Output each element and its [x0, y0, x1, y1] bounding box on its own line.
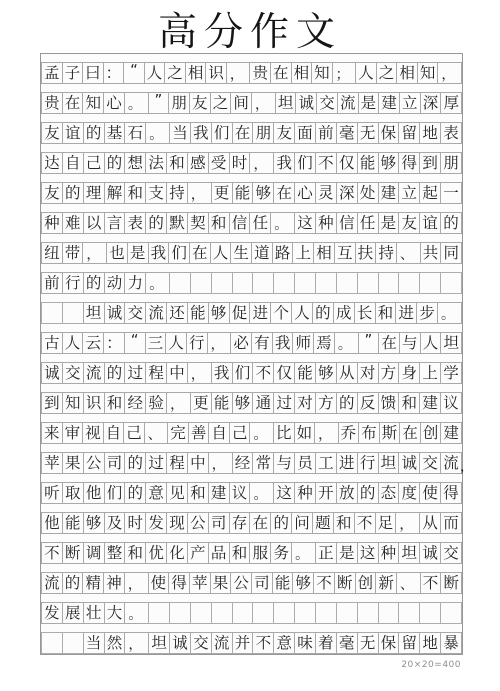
grid-cell: 诚: [169, 632, 191, 654]
grid-cell: 、: [144, 422, 169, 444]
grid-cell: 纽: [41, 242, 63, 264]
grid-cell: 果: [210, 572, 232, 594]
grid-cell: 和: [124, 182, 146, 204]
grid-cell: ，: [187, 362, 212, 384]
grid-cell: 的: [104, 362, 126, 384]
grid-cell: 的: [312, 302, 334, 324]
grid-cell: 动: [104, 272, 126, 294]
grid-cell: ：: [103, 332, 125, 354]
grid-cell: 和: [375, 302, 397, 324]
grid-cell: 诚: [419, 542, 441, 564]
row-spacer: [41, 294, 462, 302]
grid-row: 达自己的想法和感受时，我们不仅能够得到朋: [41, 152, 462, 174]
grid-cell: 带: [62, 242, 84, 264]
grid-cell: 默: [166, 212, 188, 234]
grid-cell: 表: [440, 122, 462, 144]
grid-cell: 员: [294, 452, 316, 474]
grid-cell: 精: [82, 572, 104, 594]
grid-cell: 议: [229, 482, 251, 504]
grid-cell: 们: [211, 122, 233, 144]
grid-cell: ；: [332, 62, 357, 84]
grid-cell: 建: [378, 182, 400, 204]
grid-cell: 视: [82, 422, 104, 444]
grid-cell: 子: [62, 62, 84, 84]
grid-cell: 他: [83, 482, 105, 504]
grid-cell: 当: [169, 122, 191, 144]
row-spacer: [41, 384, 462, 392]
grid-cell: 诚: [104, 302, 126, 324]
grid-cell: 能: [187, 302, 209, 324]
grid-cell: [419, 602, 441, 624]
grid-cell: 的: [83, 272, 105, 294]
grid-cell: 、: [396, 242, 421, 264]
grid-cell: 。: [124, 92, 149, 114]
grid-cell: 流: [337, 92, 359, 114]
grid-cell: 人: [291, 302, 313, 324]
grid-cell: 达: [41, 152, 63, 174]
grid-cell: 审: [62, 422, 84, 444]
grid-cell: 开: [315, 482, 337, 504]
grid-cell: 种: [378, 542, 400, 564]
grid-cell: 交: [316, 92, 338, 114]
grid-cell: 焉: [313, 332, 335, 354]
grid-cell: 朋: [252, 122, 274, 144]
grid-cell: 上: [292, 242, 314, 264]
grid-cell: 立: [399, 92, 421, 114]
grid-cell: 个: [270, 302, 292, 324]
grid-cell: 心: [103, 92, 125, 114]
grid-cell: 正: [315, 542, 337, 564]
grid-cell: 友: [273, 122, 295, 144]
grid-cell: ，: [314, 422, 339, 444]
grid-cell: 而: [440, 512, 462, 534]
grid-cell: 信: [229, 212, 251, 234]
grid-cell: 之: [164, 62, 186, 84]
grid-cell: 处: [357, 182, 379, 204]
grid-cell: 创: [420, 422, 442, 444]
grid-cell: 调: [83, 542, 105, 564]
grid-cell: 流: [83, 362, 105, 384]
grid-cell: 我: [273, 152, 295, 174]
grid-row: 流的精神，使得苹果公司能够不断创新、不断: [41, 572, 462, 594]
grid-cell: 知: [62, 392, 84, 414]
grid-cell: 立: [398, 182, 420, 204]
grid-cell: 任: [249, 212, 271, 234]
grid-cell: 曰: [82, 62, 104, 84]
grid-cell: 上: [419, 362, 441, 384]
grid-cell: 。: [145, 272, 170, 294]
grid-cell: 相: [291, 62, 313, 84]
grid-cell: [232, 602, 254, 624]
grid-cell: 解: [104, 182, 126, 204]
grid-cell: 自: [62, 152, 84, 174]
grid-cell: 我: [211, 362, 233, 384]
row-spacer: [41, 144, 462, 152]
grid-cell: 的: [62, 572, 84, 594]
grid-cell: 步: [416, 302, 438, 324]
grid-cell: 够: [378, 152, 400, 174]
grid-cell: 建: [440, 422, 462, 444]
grid-row: 坦诚交流还能够促进个人的成长和进步。: [41, 302, 462, 324]
grid-cell: 种: [294, 482, 316, 504]
grid-cell: 我: [148, 242, 170, 264]
grid-cell: 古: [41, 332, 63, 354]
grid-cell: 得: [440, 482, 462, 504]
grid-cell: 毫: [336, 632, 358, 654]
grid-cell: 扶: [355, 242, 377, 264]
grid-cell: 自: [208, 422, 230, 444]
grid-cell: 人: [210, 242, 232, 264]
grid-cell: 流: [41, 572, 63, 594]
grid-cell: 学: [440, 362, 462, 384]
grid-cell: 谊: [62, 122, 84, 144]
row-spacer: [41, 114, 462, 122]
row-spacer: [41, 414, 462, 422]
grid-cell: [336, 602, 358, 624]
row-spacer: [41, 264, 462, 272]
grid-cell: 够: [252, 182, 274, 204]
grid-cell: 优: [145, 542, 167, 564]
grid-cell: 这: [294, 212, 316, 234]
grid-cell: 坦: [148, 632, 170, 654]
composition-grid: 孟子曰：“人之相识，贵在相知；人之相知，贵在知心。”朋友之间，坦诚交流是建立深厚…: [40, 53, 463, 655]
grid-cell: 。: [249, 482, 274, 504]
grid-cell: ”: [148, 92, 170, 114]
grid-cell: 能: [62, 512, 84, 534]
grid-row: 苹果公司的过程中，经常与员工进行坦诚交流，: [41, 452, 462, 474]
grid-cell: [273, 272, 295, 294]
grid-cell: 馈: [378, 392, 400, 414]
grid-cell: [294, 272, 316, 294]
grid-row: 种难以言表的默契和信任。这种信任是友谊的: [41, 212, 462, 234]
grid-cell: 苹: [41, 452, 63, 474]
grid-cell: 常: [252, 452, 274, 474]
grid-cell: [211, 602, 233, 624]
grid-cell: 的: [62, 182, 84, 204]
grid-cell: 友: [41, 122, 63, 144]
grid-cell: 人: [355, 62, 377, 84]
grid-cell: 心: [294, 182, 316, 204]
grid-cell: 对: [357, 362, 379, 384]
grid-cell: 听: [41, 482, 63, 504]
grid-cell: 友: [189, 92, 211, 114]
grid-cell: 之: [376, 62, 398, 84]
grid-cell: ，: [82, 242, 107, 264]
grid-cell: 理: [83, 182, 105, 204]
grid-cell: 不: [315, 152, 337, 174]
grid-cell: 法: [145, 152, 167, 174]
grid-cell: 公: [230, 572, 252, 594]
grid-cell: 善: [188, 422, 210, 444]
grid-cell: 人: [62, 332, 84, 354]
grid-cell: 师: [292, 332, 314, 354]
grid-cell: 见: [166, 482, 188, 504]
grid-cell: 石: [124, 122, 146, 144]
grid-cell: 人: [420, 332, 442, 354]
grid-cell: 现: [166, 512, 188, 534]
row-spacer: [41, 444, 462, 452]
grid-cell: 过: [145, 452, 167, 474]
grid-cell: 断: [62, 542, 84, 564]
grid-cell: 产: [187, 542, 209, 564]
grid-cell: 起: [419, 182, 441, 204]
grid-cell: 厚: [440, 92, 462, 114]
grid-cell: [169, 272, 191, 294]
grid-cell: 朋: [440, 152, 462, 174]
grid-cell: 自: [103, 422, 125, 444]
grid-cell: 在: [62, 92, 84, 114]
grid-cell: 程: [145, 362, 167, 384]
grid-cell: 有: [251, 332, 273, 354]
grid-cell: 暴: [440, 632, 462, 654]
grid-cell: 难: [62, 212, 84, 234]
grid-row: 友的理解和支持，更能够在心灵深处建立起一: [41, 182, 462, 204]
grid-cell: 毫: [336, 122, 358, 144]
grid-cell: 仅: [273, 362, 295, 384]
row-spacer: [41, 174, 462, 182]
grid-cell: 和: [229, 542, 251, 564]
grid-cell: 能: [211, 392, 233, 414]
row-spacer: [41, 234, 462, 242]
grid-cell: 建: [419, 392, 441, 414]
grid-cell: 和: [187, 482, 209, 504]
grid-cell: 果: [62, 452, 84, 474]
grid-cell: ，: [395, 512, 420, 534]
grid-row: 纽带，也是我们在人生道路上相互扶持、共同: [41, 242, 462, 264]
grid-cell: 建: [378, 92, 400, 114]
grid-cell: 共: [420, 242, 442, 264]
grid-cell: 司: [208, 512, 230, 534]
grid-cell: 的: [145, 212, 167, 234]
grid-cell: 进: [249, 302, 271, 324]
row-spacer: [41, 54, 462, 62]
grid-cell: 地: [419, 632, 441, 654]
grid-cell: 乔: [338, 422, 360, 444]
grid-cell: 意: [145, 482, 167, 504]
grid-cell: ”: [358, 332, 380, 354]
grid-cell: [211, 272, 233, 294]
grid-cell: 务: [270, 542, 292, 564]
grid-cell: 方: [378, 362, 400, 384]
grid-cell: 诚: [41, 362, 63, 384]
grid-cell: 如: [294, 422, 316, 444]
grid-cell: 种: [41, 212, 63, 234]
grid-cell: [41, 632, 63, 654]
grid-cell: 前: [41, 272, 63, 294]
row-spacer: [41, 534, 462, 542]
grid-cell: 着: [315, 632, 337, 654]
grid-cell: 路: [272, 242, 294, 264]
grid-cell: 信: [336, 212, 358, 234]
grid-cell: 坦: [378, 452, 400, 474]
grid-cell: 得: [168, 572, 190, 594]
grid-cell: 谊: [419, 212, 441, 234]
grid-cell: 促: [229, 302, 251, 324]
grid-cell: 生: [230, 242, 252, 264]
grid-cell: 工: [315, 452, 337, 474]
grid-cell: 中: [187, 452, 209, 474]
grid-cell: 。: [270, 212, 295, 234]
sheet-spec-note: 20×20=400: [401, 660, 461, 670]
grid-cell: 验: [145, 392, 167, 414]
grid-cell: 和: [398, 392, 420, 414]
grid-cell: 契: [187, 212, 209, 234]
grid-cell: 力: [124, 272, 146, 294]
grid-cell: 的: [440, 212, 462, 234]
grid-cell: 比: [273, 422, 295, 444]
grid-cell: 交: [62, 362, 84, 384]
grid-cell: 和: [104, 392, 126, 414]
grid-cell: [378, 272, 400, 294]
grid-cell: 和: [333, 512, 355, 534]
grid-cell: 取: [62, 482, 84, 504]
grid-cell: 发: [41, 602, 63, 624]
grid-cell: 面: [294, 122, 316, 144]
grid-cell: 的: [336, 392, 358, 414]
grid-cell: 和: [208, 212, 230, 234]
grid-cell: 必: [230, 332, 252, 354]
overflow-punctuation: ，: [460, 460, 474, 474]
grid-cell: 感: [187, 152, 209, 174]
grid-cell: 知: [82, 92, 104, 114]
grid-cell: ，: [124, 632, 149, 654]
grid-cell: 交: [419, 452, 441, 474]
grid-cell: 们: [104, 482, 126, 504]
grid-row: 发展壮大。: [41, 602, 462, 624]
grid-row: 来审视自己、完善自己。比如，乔布斯在创建: [41, 422, 462, 444]
grid-cell: [357, 272, 379, 294]
grid-cell: 足: [375, 512, 397, 534]
grid-cell: 友: [398, 212, 420, 234]
grid-cell: 深: [336, 182, 358, 204]
grid-cell: 能: [294, 362, 316, 384]
grid-cell: 这: [273, 482, 295, 504]
grid-cell: 我: [272, 332, 294, 354]
grid-cell: 公: [83, 452, 105, 474]
grid-cell: 朋: [168, 92, 190, 114]
grid-cell: [419, 272, 441, 294]
grid-cell: 方: [315, 392, 337, 414]
grid-cell: 味: [294, 632, 316, 654]
grid-cell: 与: [399, 332, 421, 354]
grid-cell: 与: [273, 452, 295, 474]
row-spacer: [41, 84, 462, 92]
grid-cell: 坦: [440, 332, 462, 354]
grid-cell: 斯: [379, 422, 401, 444]
grid-cell: 新: [375, 572, 397, 594]
grid-cell: 相: [185, 62, 207, 84]
grid-cell: 经: [232, 452, 254, 474]
grid-cell: [273, 602, 295, 624]
grid-cell: [169, 602, 191, 624]
grid-cell: 成: [333, 302, 355, 324]
grid-cell: 我: [190, 122, 212, 144]
grid-cell: [398, 272, 420, 294]
grid-cell: 己: [123, 422, 145, 444]
grid-cell: [148, 602, 170, 624]
grid-cell: 在: [270, 62, 292, 84]
grid-cell: 还: [166, 302, 188, 324]
grid-cell: ，: [226, 62, 251, 84]
grid-cell: 行: [186, 332, 208, 354]
grid-cell: [252, 272, 274, 294]
grid-cell: 苹: [189, 572, 211, 594]
grid-cell: 过: [273, 392, 295, 414]
grid-cell: 能: [357, 152, 379, 174]
grid-cell: 云: [82, 332, 104, 354]
grid-cell: “: [124, 332, 146, 354]
grid-cell: 进: [336, 452, 358, 474]
grid-cell: 经: [124, 392, 146, 414]
grid-cell: 司: [104, 452, 126, 474]
grid-cell: 灵: [315, 182, 337, 204]
grid-cell: 留: [398, 632, 420, 654]
grid-cell: [398, 602, 420, 624]
grid-cell: 当: [83, 632, 105, 654]
grid-cell: 题: [312, 512, 334, 534]
grid-cell: 己: [229, 422, 251, 444]
grid-cell: 。: [334, 332, 359, 354]
grid-cell: 能: [272, 572, 294, 594]
grid-cell: 身: [398, 362, 420, 384]
grid-cell: 品: [208, 542, 230, 564]
grid-cell: 服: [249, 542, 271, 564]
grid-cell: 够: [208, 302, 230, 324]
grid-cell: 然: [104, 632, 126, 654]
grid-cell: 在: [378, 332, 400, 354]
grid-cell: 一: [440, 182, 462, 204]
grid-cell: 。: [249, 422, 274, 444]
row-spacer: [41, 324, 462, 332]
grid-cell: 到: [41, 392, 63, 414]
grid-cell: 是: [358, 92, 380, 114]
grid-cell: 不: [354, 512, 376, 534]
row-spacer: [41, 504, 462, 512]
grid-cell: ，: [208, 452, 233, 474]
grid-cell: 存: [229, 512, 251, 534]
grid-cell: 通: [252, 392, 274, 414]
grid-cell: 是: [378, 212, 400, 234]
grid-cell: 壮: [83, 602, 105, 624]
grid-cell: 程: [166, 452, 188, 474]
grid-cell: 不: [313, 572, 335, 594]
grid-cell: 够: [292, 572, 314, 594]
grid-cell: 。: [291, 542, 316, 564]
grid-cell: 创: [355, 572, 377, 594]
grid-cell: 留: [398, 122, 420, 144]
grid-cell: 度: [398, 482, 420, 504]
grid-cell: 流: [211, 632, 233, 654]
grid-cell: 够: [83, 512, 105, 534]
grid-cell: 能: [232, 182, 254, 204]
grid-cell: 议: [440, 392, 462, 414]
grid-cell: 使: [148, 572, 170, 594]
grid-cell: 无: [357, 632, 379, 654]
grid-cell: 公: [187, 512, 209, 534]
grid-cell: 交: [190, 632, 212, 654]
grid-cell: 从: [419, 512, 441, 534]
grid-cell: 到: [419, 152, 441, 174]
grid-cell: 的: [124, 482, 146, 504]
grid-cell: 的: [270, 512, 292, 534]
grid-cell: 和: [124, 542, 146, 564]
grid-cell: 知: [311, 62, 333, 84]
grid-cell: [190, 602, 212, 624]
grid-cell: 流: [145, 302, 167, 324]
grid-cell: 他: [41, 512, 63, 534]
grid-cell: 仅: [336, 152, 358, 174]
grid-cell: 建: [208, 482, 230, 504]
